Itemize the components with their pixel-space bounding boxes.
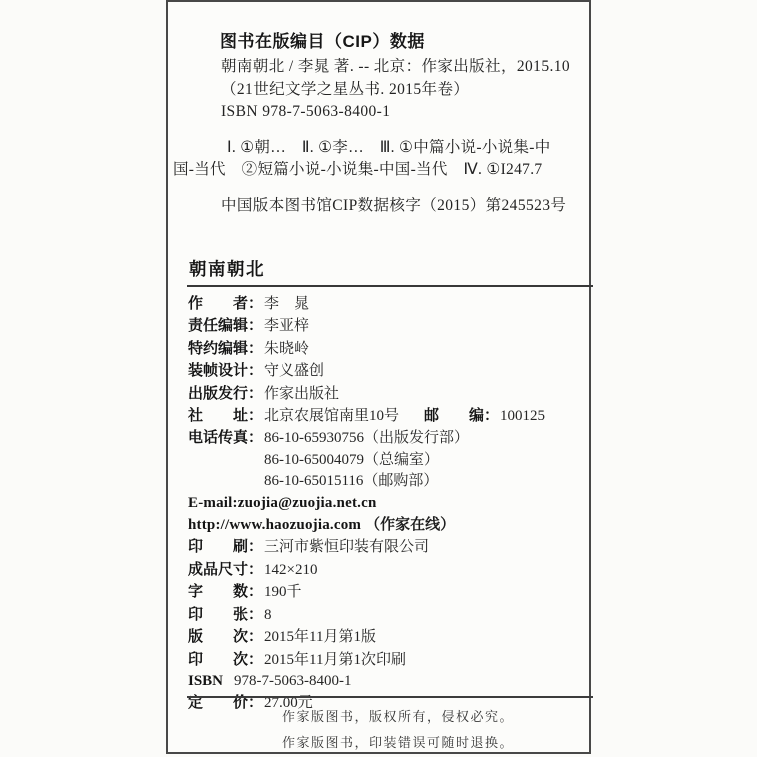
colophon-row-author: 作 者：李 晁 xyxy=(188,293,588,315)
colophon-row-design: 装帧设计：守义盛创 xyxy=(188,360,588,382)
postal-code: 邮 编：100125 xyxy=(424,405,545,427)
colophon-row-wordcount: 字 数：190千 xyxy=(188,581,588,603)
colophon-row-phone: 电话传真：86-10-65930756（出版发行部） xyxy=(188,427,588,449)
cip-heading: 图书在版编目（CIP）数据 xyxy=(220,27,425,52)
postal-code-value: 100125 xyxy=(500,408,545,424)
colophon-value: 北京农展馆南里10号 xyxy=(264,408,399,424)
colophon-value: 86-10-65015116（邮购部） xyxy=(264,473,438,489)
colophon-value: 守义盛创 xyxy=(264,363,324,379)
cip-record-line: 中国版本图书馆CIP数据核字（2015）第245523号 xyxy=(221,193,566,215)
colophon-row-website: http://www.haozuojia.com（作家在线） xyxy=(188,514,588,536)
colophon-row-publisher: 出版发行：作家出版社 xyxy=(188,383,588,405)
colophon-row-size: 成品尺寸：142×210 xyxy=(188,559,588,581)
cip-entry-block: 朝南朝北 / 李晁 著. -- 北京：作家出版社，2015.10 （21世纪文学… xyxy=(221,56,570,124)
colophon-label: ISBN xyxy=(188,671,234,692)
colophon-value: 978-7-5063-8400-1 xyxy=(234,673,351,689)
colophon-row-printing: 印 次：2015年11月第1次印刷 xyxy=(188,649,588,671)
colophon-label: 责任编辑： xyxy=(188,315,264,336)
colophon: 作 者：李 晁 责任编辑：李亚梓 特约编辑：朱晓岭 装帧设计：守义盛创 出版发行… xyxy=(188,293,588,715)
cip-classification-block: Ⅰ. ①朝… Ⅱ. ①李… Ⅲ. ①中篇小说-小说集-中 国-当代 ②短篇小说-… xyxy=(173,137,551,181)
postal-code-label: 邮 编： xyxy=(424,405,500,426)
colophon-value: 李亚梓 xyxy=(264,318,309,334)
colophon-label: 作 者： xyxy=(188,293,264,314)
bottom-divider xyxy=(187,696,593,698)
email-line: E-mail:zuojia@zuojia.net.cn xyxy=(188,495,377,511)
colophon-value: 2015年11月第1次印刷 xyxy=(264,652,406,668)
cip-isbn-line: ISBN 978-7-5063-8400-1 xyxy=(221,101,570,124)
colophon-value: 三河市紫恒印装有限公司 xyxy=(264,539,429,555)
colophon-label: 电话传真： xyxy=(188,427,264,448)
colophon-row-printer: 印 刷：三河市紫恒印装有限公司 xyxy=(188,536,588,558)
colophon-label: 社 址： xyxy=(188,405,264,426)
book-page: 图书在版编目（CIP）数据 朝南朝北 / 李晁 著. -- 北京：作家出版社，2… xyxy=(166,0,591,754)
colophon-value: 8 xyxy=(264,607,272,623)
colophon-row-phone-3: 86-10-65015116（邮购部） xyxy=(188,471,588,492)
colophon-row-special-editor: 特约编辑：朱晓岭 xyxy=(188,338,588,360)
title-divider xyxy=(187,285,593,287)
book-title: 朝南朝北 xyxy=(189,258,265,280)
colophon-row-edition: 版 次：2015年11月第1版 xyxy=(188,626,588,648)
website-note: （作家在线） xyxy=(365,516,455,533)
colophon-row-isbn: ISBN978-7-5063-8400-1 xyxy=(188,671,588,692)
copyright-notice: 作家版图书，版权所有，侵权必究。 xyxy=(282,704,514,730)
colophon-value: 86-10-65004079（总编室） xyxy=(264,452,439,468)
colophon-label: 字 数： xyxy=(188,581,264,602)
colophon-value: 142×210 xyxy=(264,562,317,578)
colophon-label: 出版发行： xyxy=(188,383,264,404)
colophon-row-editor: 责任编辑：李亚梓 xyxy=(188,315,588,337)
notices: 作家版图书，版权所有，侵权必究。 作家版图书，印装错误可随时退换。 xyxy=(282,704,514,755)
cip-entry-line: 朝南朝北 / 李晁 著. -- 北京：作家出版社，2015.10 xyxy=(221,56,570,79)
cip-series-line: （21世纪文学之星丛书. 2015年卷） xyxy=(221,79,570,102)
colophon-row-address: 社 址：北京农展馆南里10号 邮 编：100125 xyxy=(188,405,588,427)
colophon-row-email: E-mail:zuojia@zuojia.net.cn xyxy=(188,493,588,514)
colophon-label: 装帧设计： xyxy=(188,360,264,381)
colophon-label: 版 次： xyxy=(188,626,264,647)
colophon-value: 李 晁 xyxy=(264,296,309,312)
colophon-value: 86-10-65930756（出版发行部） xyxy=(264,430,469,446)
colophon-label: 成品尺寸： xyxy=(188,559,264,580)
colophon-label: 印 张： xyxy=(188,604,264,625)
colophon-value: 朱晓岭 xyxy=(264,341,309,357)
website-url: http://www.haozuojia.com xyxy=(188,517,361,533)
colophon-row-sheets: 印 张：8 xyxy=(188,604,588,626)
colophon-value: 2015年11月第1版 xyxy=(264,629,376,645)
cip-class-line-2: 国-当代 ②短篇小说-小说集-中国-当代 Ⅳ. ①I247.7 xyxy=(173,159,551,181)
colophon-label: 特约编辑： xyxy=(188,338,264,359)
colophon-row-phone-2: 86-10-65004079（总编室） xyxy=(188,450,588,471)
colophon-label: 印 次： xyxy=(188,649,264,670)
colophon-value: 作家出版社 xyxy=(264,386,339,402)
scan-background: { "cip": { "heading": "图书在版编目（CIP）数据", "… xyxy=(0,0,757,757)
colophon-label: 印 刷： xyxy=(188,536,264,557)
colophon-value: 190千 xyxy=(264,584,302,600)
cip-class-line-1: Ⅰ. ①朝… Ⅱ. ①李… Ⅲ. ①中篇小说-小说集-中 xyxy=(173,137,551,159)
return-notice: 作家版图书，印装错误可随时退换。 xyxy=(282,730,514,756)
